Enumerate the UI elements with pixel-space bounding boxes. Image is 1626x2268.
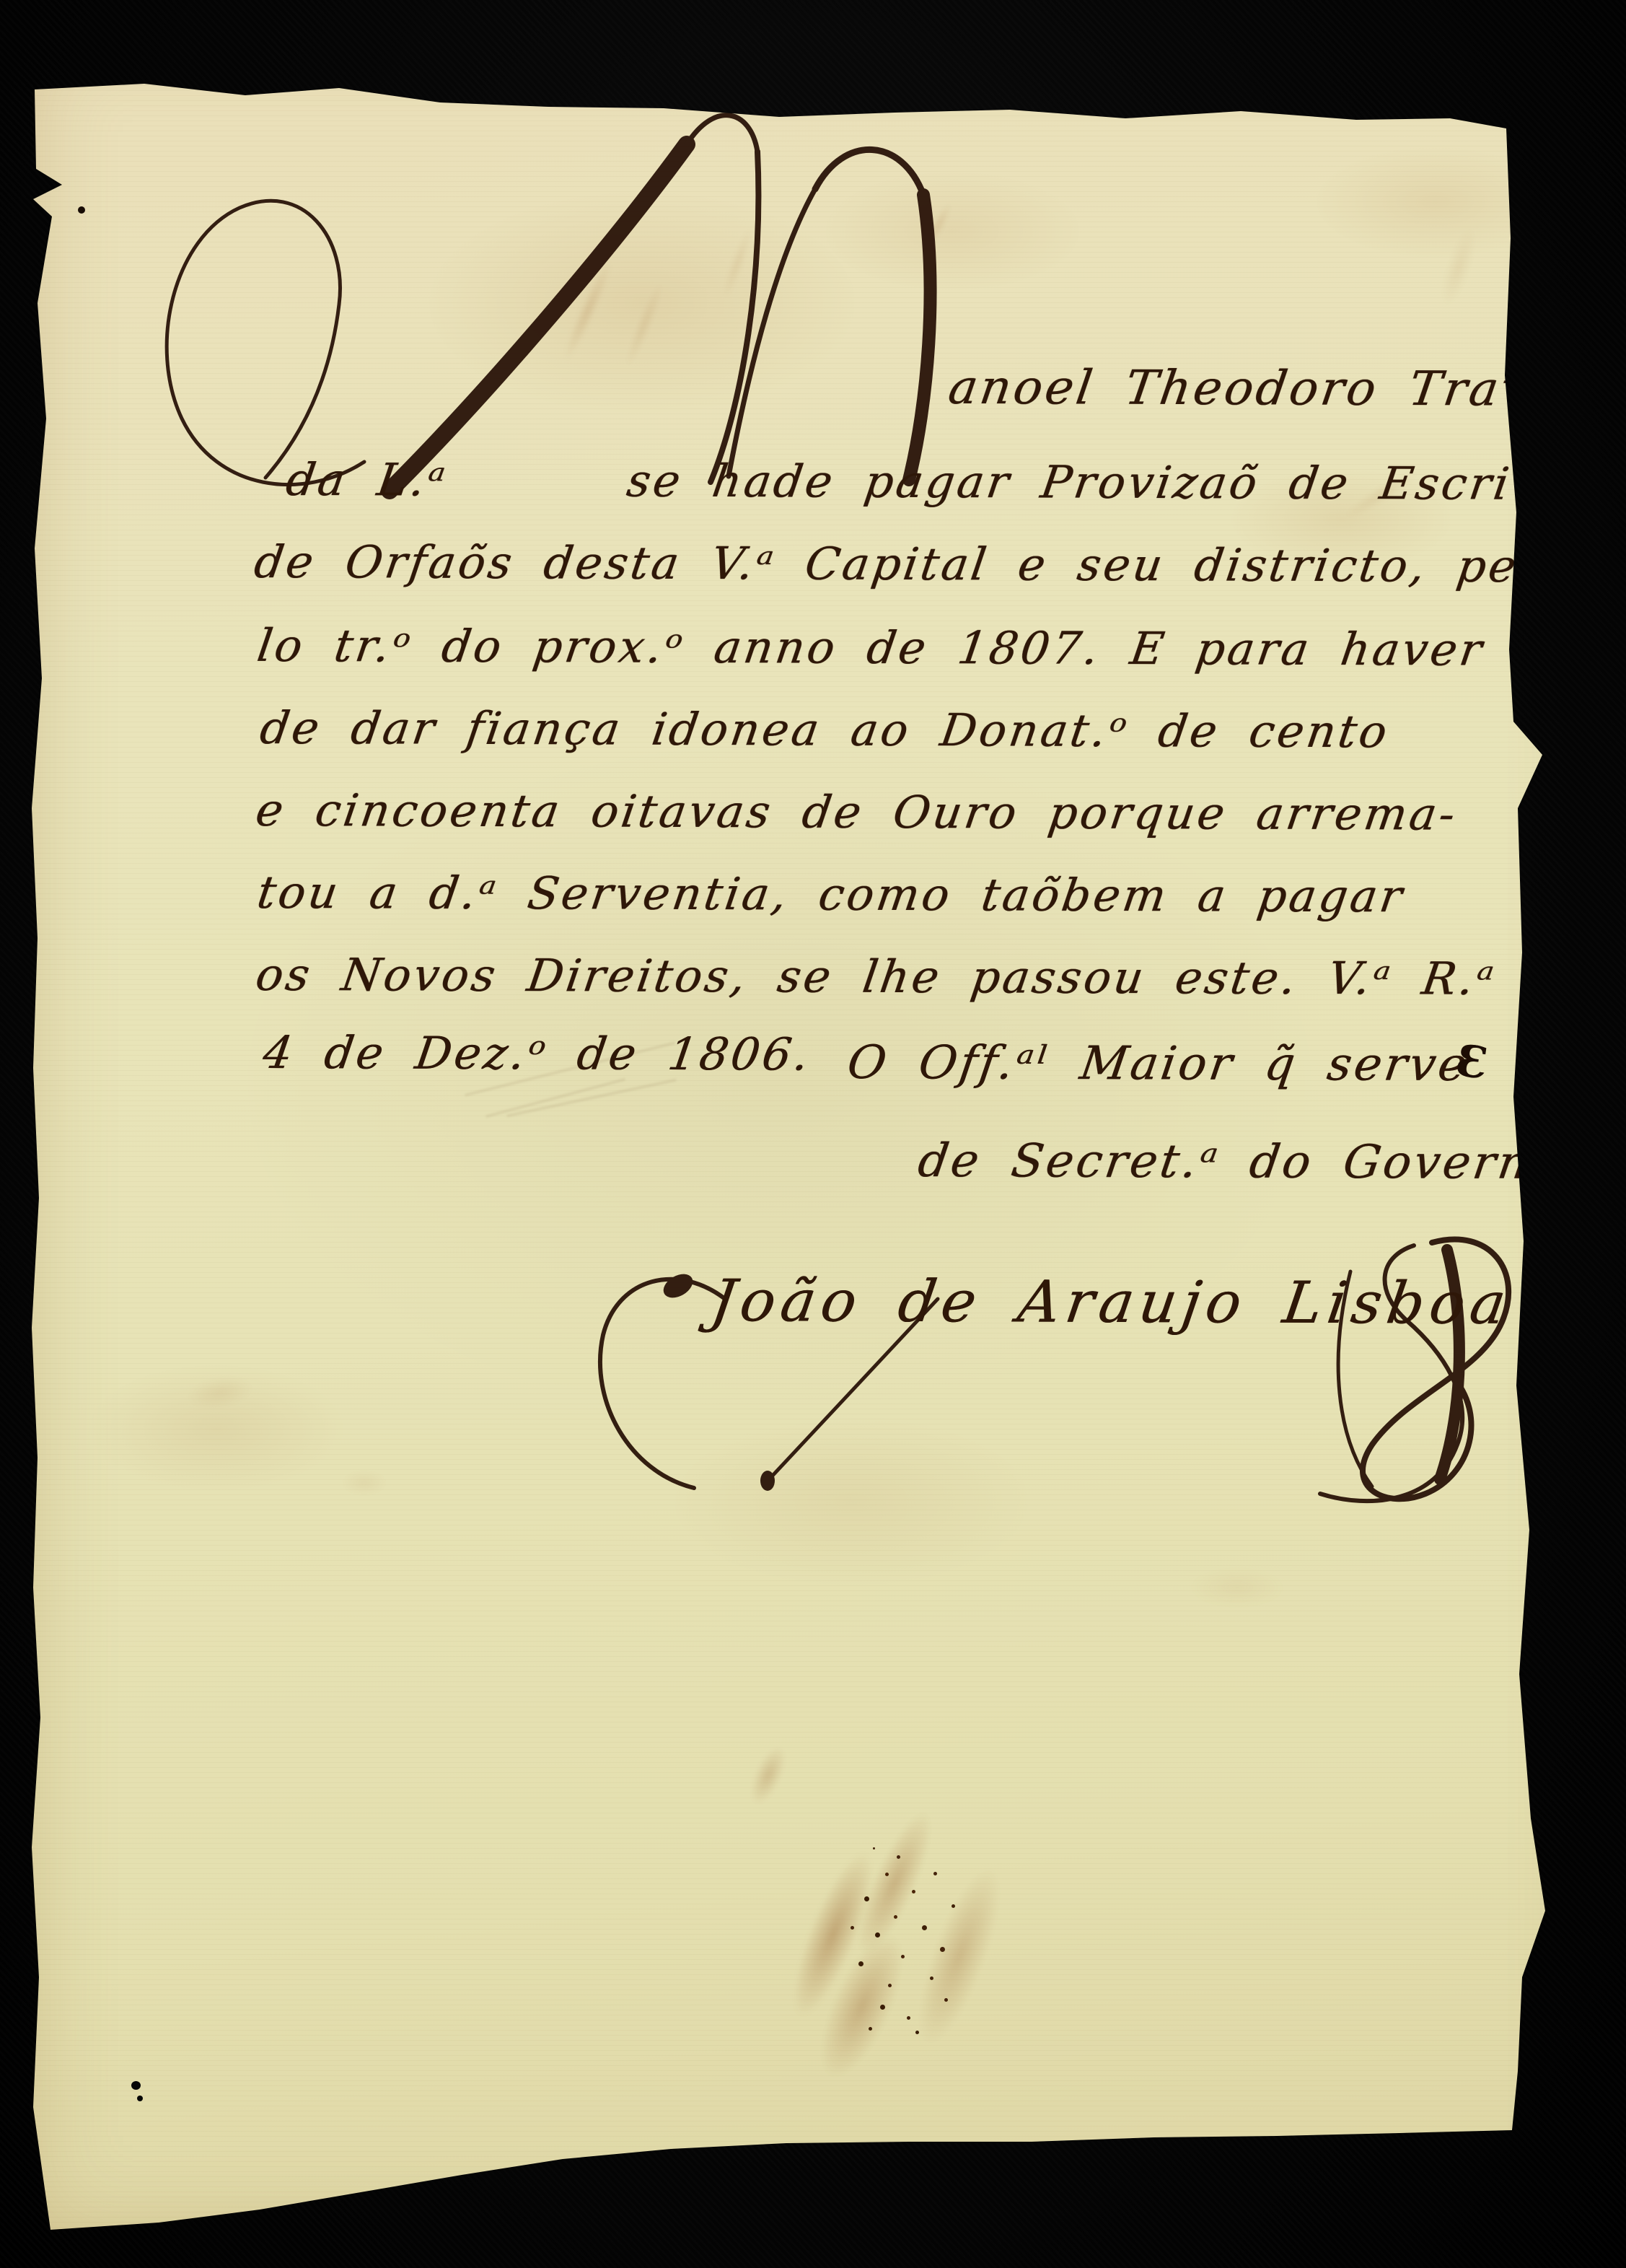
manuscript-line: da L.ᵃ se hade pagar Provizaõ de Escriva… (283, 453, 1602, 510)
closing-line: O Off.ᵃˡ Maior q̃ serve (844, 1036, 1472, 1092)
smudge-stain (757, 1761, 1089, 2136)
foxing-mark (332, 1465, 397, 1501)
calligraphy-flourishes (0, 0, 1626, 2268)
foxing-mark (170, 1363, 270, 1422)
ink-dot (1210, 79, 1225, 90)
signature: João de Araujo Lisboa (707, 1267, 1516, 1337)
initial-letter-flourish (167, 115, 930, 491)
manuscript-line: tou a d.ᵃ Serventia, como taõbem a pagar (254, 866, 1408, 923)
stain-speckles (873, 1847, 875, 1849)
date-line: 4 de Dez.ᵒ de 1806. (260, 1026, 814, 1081)
foxing-mark (611, 261, 677, 389)
paper-hole (131, 2081, 141, 2090)
manuscript-line: anoel Theodoro Trav.ᵒˢ (945, 359, 1587, 417)
foxing-mark (711, 209, 764, 317)
manuscript-line: de dar fiança idonea ao Donat.ᵒ de cento (257, 701, 1393, 758)
foxing-mark (915, 190, 962, 261)
manuscript-line: os Novos Direitos, se lhe passou este. V… (252, 948, 1500, 1005)
ink-dot (78, 206, 85, 214)
ink-bleedthrough (462, 1068, 765, 1183)
manuscript-line: e cincoenta oitavas de Ouro porque arrem… (252, 784, 1461, 841)
manuscript-line: lo tr.ᵒ do prox.ᵒ anno de 1807. E para h… (254, 619, 1488, 676)
foxing-mark (546, 233, 630, 387)
ink-blot: Ɛ (1453, 1036, 1494, 1090)
scan-background: anoel Theodoro Trav.ᵒˢ da L.ᵃ se hade pa… (0, 0, 1626, 2268)
paper-edge-vignette (0, 0, 1626, 2268)
paper-hole (137, 2096, 143, 2101)
foxing-mark (1425, 207, 1491, 327)
manuscript-line: de Orfaõs desta V.ᵃ Capital e seu distri… (251, 535, 1540, 592)
manuscript-paper: anoel Theodoro Trav.ᵒˢ da L.ᵃ se hade pa… (0, 0, 1626, 2268)
closing-line: de Secret.ᵃ do Governo (915, 1134, 1565, 1190)
foxing-mark (1169, 1559, 1306, 1616)
